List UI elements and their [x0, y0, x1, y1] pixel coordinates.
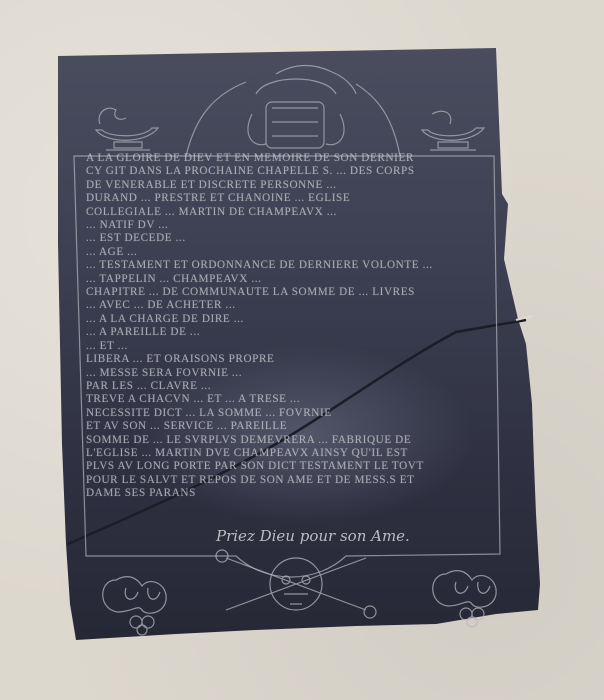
inscription-line: CHAPITRE ... DE COMMUNAUTE LA SOMME DE .… — [86, 286, 516, 299]
inscription-line: NECESSITE DICT ... LA SOMME ... FOVRNIE — [86, 407, 516, 420]
inscription-line: DE VENERABLE ET DISCRETE PERSONNE ... — [86, 179, 516, 192]
inscription-line: ... AVEC ... DE ACHETER ... — [86, 299, 516, 312]
inscription-line: PLVS AV LONG PORTE PAR SON DICT TESTAMEN… — [86, 460, 516, 473]
inscription-line: DURAND ... PRESTRE ET CHANOINE ... EGLIS… — [86, 192, 516, 205]
inscription-line: L'EGLISE ... MARTIN DVE CHAMPEAVX AINSY … — [86, 447, 516, 460]
funerary-plaque: A LA GLOIRE DE DIEV ET EN MEMOIRE DE SON… — [56, 44, 542, 640]
inscription-line: TREVE A CHACVN ... ET ... A TRESE ... — [86, 393, 516, 406]
inscription-text: A LA GLOIRE DE DIEV ET EN MEMOIRE DE SON… — [86, 152, 516, 501]
prayer-script: Priez Dieu pour son Ame. — [216, 527, 410, 545]
inscription-line: ... A LA CHARGE DE DIRE ... — [86, 313, 516, 326]
inscription-line: ... TAPPELIN ... CHAMPEAVX ... — [86, 273, 516, 286]
inscription-line: LIBERA ... ET ORAISONS PROPRE — [86, 353, 516, 366]
inscription-line: COLLEGIALE ... MARTIN DE CHAMPEAVX ... — [86, 206, 516, 219]
inscription-line: ... TESTAMENT ET ORDONNANCE DE DERNIERE … — [86, 259, 516, 272]
inscription-line: ... NATIF DV ... — [86, 219, 516, 232]
inscription-line: ... MESSE SERA FOVRNIE ... — [86, 367, 516, 380]
inscription-line: ... ET ... — [86, 340, 516, 353]
inscription-line: ... AGE ... — [86, 246, 516, 259]
inscription-line: CY GIT DANS LA PROCHAINE CHAPELLE S. ...… — [86, 165, 516, 178]
inscription-line: ... A PAREILLE DE ... — [86, 326, 516, 339]
inscription-line: SOMME DE ... LE SVRPLVS DEMEVRERA ... FA… — [86, 434, 516, 447]
inscription-line: DAME SES PARANS — [86, 487, 516, 500]
inscription-line: ET AV SON ... SERVICE ... PAREILLE — [86, 420, 516, 433]
inscription-line: PAR LES ... CLAVRE ... — [86, 380, 516, 393]
inscription-line: POUR LE SALVT ET REPOS DE SON AME ET DE … — [86, 474, 516, 487]
inscription-line: A LA GLOIRE DE DIEV ET EN MEMOIRE DE SON… — [86, 152, 516, 165]
inscription-line: ... EST DECEDE ... — [86, 232, 516, 245]
